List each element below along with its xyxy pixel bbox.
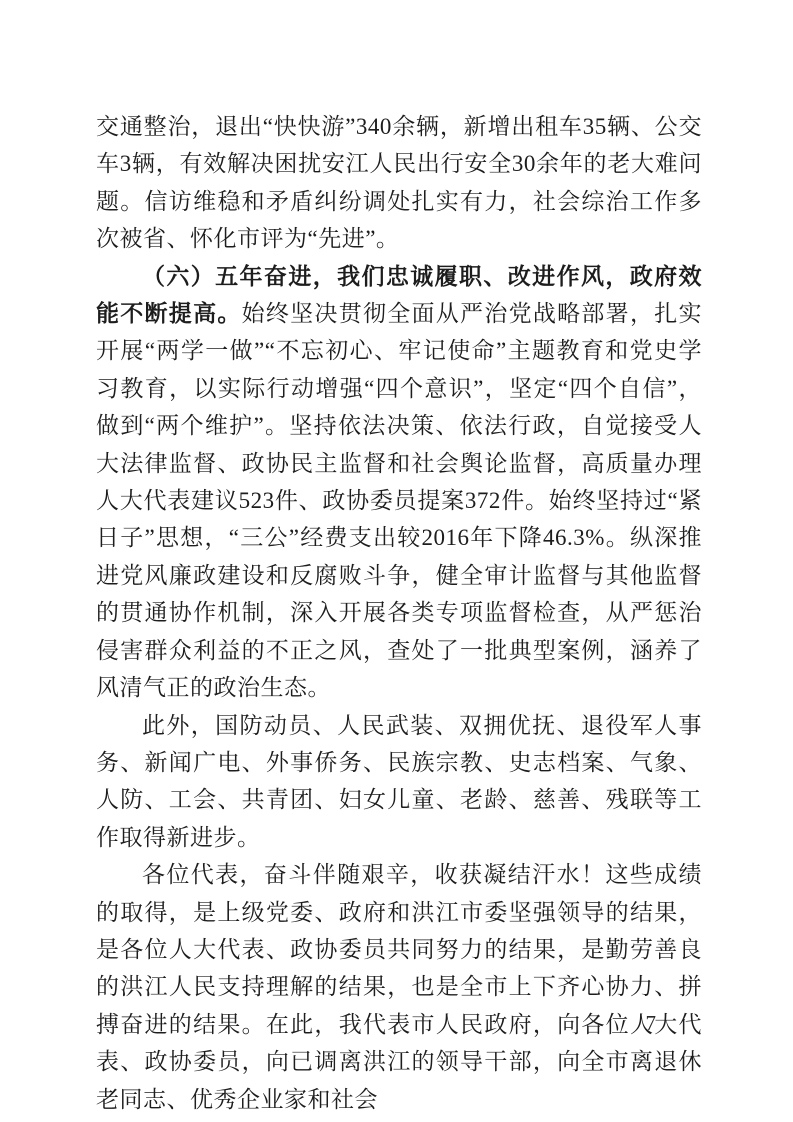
paragraph-acknowledgement: 各位代表，奋斗伴随艰辛，收获凝结汗水！这些成绩的取得，是上级党委、政府和洪江市委… bbox=[96, 856, 702, 1118]
page-number: 7 bbox=[96, 1008, 702, 1038]
document-page: 交通整治，退出“快快游”340余辆，新增出租车35辆、公交车3辆，有效解决困扰安… bbox=[0, 0, 793, 1122]
paragraph-other-work: 此外，国防动员、人民武装、双拥优抚、退役军人事务、新闻广电、外事侨务、民族宗教、… bbox=[96, 707, 702, 857]
paragraph-text: 各位代表，奋斗伴随艰辛，收获凝结汗水！这些成绩的取得，是上级党委、政府和洪江市委… bbox=[96, 862, 702, 1111]
document-body-text: 交通整治，退出“快快游”340余辆，新增出租车35辆、公交车3辆，有效解决困扰安… bbox=[96, 108, 702, 1118]
paragraph-text: 此外，国防动员、人民武装、双拥优抚、退役军人事务、新闻广电、外事侨务、民族宗教、… bbox=[96, 713, 702, 850]
paragraph-text: 始终坚决贯彻全面从严治党战略部署，扎实开展“两学一做”“不忘初心、牢记使命”主题… bbox=[96, 301, 702, 700]
paragraph-text: 交通整治，退出“快快游”340余辆，新增出租车35辆、公交车3辆，有效解决困扰安… bbox=[96, 114, 702, 251]
paragraph-continuation: 交通整治，退出“快快游”340余辆，新增出租车35辆、公交车3辆，有效解决困扰安… bbox=[96, 108, 702, 258]
paragraph-section-six: （六）五年奋进，我们忠诚履职、改进作风，政府效能不断提高。始终坚决贯彻全面从严治… bbox=[96, 258, 702, 707]
